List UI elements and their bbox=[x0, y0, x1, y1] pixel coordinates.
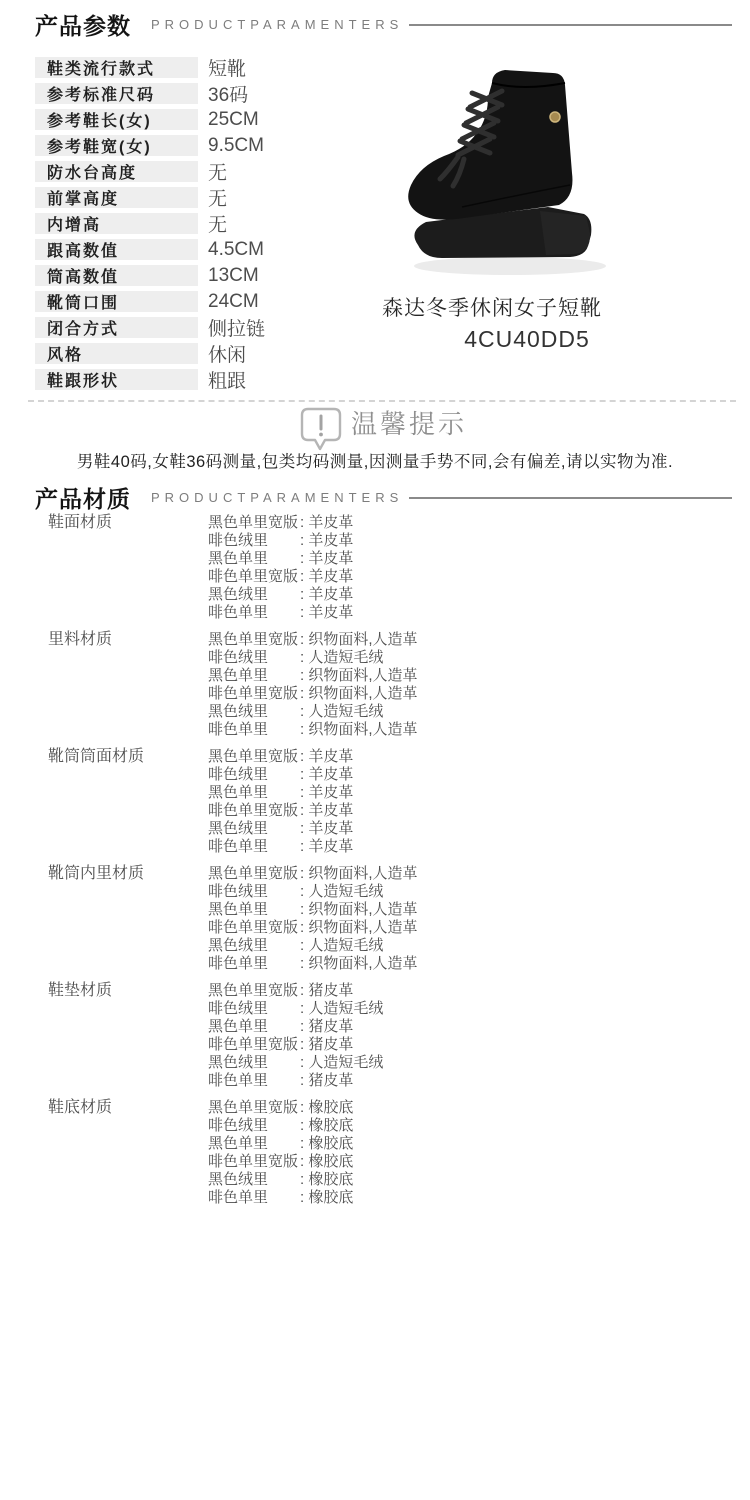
material-value: : 橡胶底 bbox=[300, 1117, 353, 1135]
material-value: : 猪皮革 bbox=[300, 1036, 353, 1054]
material-key: 啡色单里宽版 bbox=[208, 802, 300, 820]
material-value: : 橡胶底 bbox=[300, 1153, 353, 1171]
table-row: 防水台高度无 bbox=[35, 161, 375, 182]
material-value: : 人造短毛绒 bbox=[300, 937, 383, 955]
material-value: : 羊皮革 bbox=[300, 586, 353, 604]
material-key: 啡色绒里 bbox=[208, 883, 300, 901]
row-value: 36码 bbox=[208, 80, 248, 107]
material-value: : 织物面料,人造革 bbox=[300, 865, 418, 883]
material-value: : 橡胶底 bbox=[300, 1099, 353, 1117]
material-line: 啡色绒里: 羊皮革 bbox=[208, 766, 353, 784]
table-row: 参考鞋长(女)25CM bbox=[35, 109, 375, 130]
material-group: 靴筒内里材质黑色单里宽版: 织物面料,人造革啡色绒里: 人造短毛绒黑色单里: 织… bbox=[48, 865, 418, 973]
row-label: 筒高数值 bbox=[35, 265, 198, 286]
material-value: : 橡胶底 bbox=[300, 1135, 353, 1153]
material-value: : 猪皮革 bbox=[300, 1018, 353, 1036]
material-group: 鞋面材质黑色单里宽版: 羊皮革啡色绒里: 羊皮革黑色单里: 羊皮革啡色单里宽版:… bbox=[48, 514, 418, 622]
material-lines: 黑色单里宽版: 织物面料,人造革啡色绒里: 人造短毛绒黑色单里: 织物面料,人造… bbox=[208, 631, 418, 739]
material-lines: 黑色单里宽版: 织物面料,人造革啡色绒里: 人造短毛绒黑色单里: 织物面料,人造… bbox=[208, 865, 418, 973]
material-value: : 橡胶底 bbox=[300, 1189, 353, 1207]
material-group-label: 鞋垫材质 bbox=[48, 982, 208, 1090]
material-key: 黑色单里 bbox=[208, 667, 300, 685]
material-value: : 羊皮革 bbox=[300, 568, 353, 586]
material-line: 黑色绒里: 橡胶底 bbox=[208, 1171, 353, 1189]
material-line: 啡色绒里: 人造短毛绒 bbox=[208, 1000, 383, 1018]
material-group-label: 靴筒内里材质 bbox=[48, 865, 208, 973]
table-row: 内增高无 bbox=[35, 213, 375, 234]
material-value: : 人造短毛绒 bbox=[300, 703, 383, 721]
material-key: 啡色单里 bbox=[208, 1189, 300, 1207]
material-value: : 织物面料,人造革 bbox=[300, 955, 418, 973]
material-value: : 猪皮革 bbox=[300, 1072, 353, 1090]
material-value: : 人造短毛绒 bbox=[300, 649, 383, 667]
material-line: 黑色单里: 织物面料,人造革 bbox=[208, 667, 418, 685]
material-lines: 黑色单里宽版: 橡胶底啡色绒里: 橡胶底黑色单里: 橡胶底啡色单里宽版: 橡胶底… bbox=[208, 1099, 353, 1207]
material-key: 黑色绒里 bbox=[208, 1171, 300, 1189]
table-row: 跟高数值4.5CM bbox=[35, 239, 375, 260]
material-key: 黑色单里 bbox=[208, 550, 300, 568]
material-group: 鞋垫材质黑色单里宽版: 猪皮革啡色绒里: 人造短毛绒黑色单里: 猪皮革啡色单里宽… bbox=[48, 982, 418, 1090]
row-label: 参考标准尺码 bbox=[35, 83, 198, 104]
table-row: 参考鞋宽(女)9.5CM bbox=[35, 135, 375, 156]
material-key: 黑色绒里 bbox=[208, 703, 300, 721]
material-value: : 织物面料,人造革 bbox=[300, 901, 418, 919]
material-value: : 织物面料,人造革 bbox=[300, 667, 418, 685]
material-value: : 羊皮革 bbox=[300, 550, 353, 568]
row-value: 无 bbox=[208, 210, 227, 237]
material-line: 黑色单里: 羊皮革 bbox=[208, 550, 353, 568]
material-line: 黑色单里宽版: 橡胶底 bbox=[208, 1099, 353, 1117]
material-line: 黑色单里: 猪皮革 bbox=[208, 1018, 383, 1036]
material-line: 黑色绒里: 人造短毛绒 bbox=[208, 703, 418, 721]
row-value: 4.5CM bbox=[208, 239, 264, 261]
material-value: : 织物面料,人造革 bbox=[300, 685, 418, 703]
table-row: 靴筒口围24CM bbox=[35, 291, 375, 312]
material-line: 啡色绒里: 羊皮革 bbox=[208, 532, 353, 550]
row-value: 13CM bbox=[208, 265, 259, 287]
material-key: 啡色单里宽版 bbox=[208, 568, 300, 586]
material-line: 黑色绒里: 人造短毛绒 bbox=[208, 937, 418, 955]
material-value: : 羊皮革 bbox=[300, 514, 353, 532]
material-key: 黑色单里宽版 bbox=[208, 631, 300, 649]
material-key: 啡色绒里 bbox=[208, 766, 300, 784]
material-value: : 人造短毛绒 bbox=[300, 883, 383, 901]
material-value: : 羊皮革 bbox=[300, 604, 353, 622]
material-value: : 羊皮革 bbox=[300, 748, 353, 766]
row-label: 闭合方式 bbox=[35, 317, 198, 338]
row-label: 跟高数值 bbox=[35, 239, 198, 260]
material-key: 啡色单里 bbox=[208, 838, 300, 856]
material-key: 啡色单里宽版 bbox=[208, 1153, 300, 1171]
material-line: 黑色绒里: 人造短毛绒 bbox=[208, 1054, 383, 1072]
material-key: 啡色绒里 bbox=[208, 532, 300, 550]
material-value: : 人造短毛绒 bbox=[300, 1000, 383, 1018]
product-name: 森达冬季休闲女子短靴 bbox=[377, 292, 607, 322]
material-group: 靴筒筒面材质黑色单里宽版: 羊皮革啡色绒里: 羊皮革黑色单里: 羊皮革啡色单里宽… bbox=[48, 748, 418, 856]
material-line: 啡色单里: 羊皮革 bbox=[208, 838, 353, 856]
materials-section-subtitle: PRODUCTPARAMENTERS bbox=[151, 490, 403, 505]
row-label: 靴筒口围 bbox=[35, 291, 198, 312]
row-label: 风格 bbox=[35, 343, 198, 364]
material-key: 黑色单里 bbox=[208, 1018, 300, 1036]
material-line: 啡色单里: 猪皮革 bbox=[208, 1072, 383, 1090]
material-line: 啡色绒里: 人造短毛绒 bbox=[208, 883, 418, 901]
table-row: 鞋跟形状粗跟 bbox=[35, 369, 375, 390]
material-key: 黑色单里 bbox=[208, 1135, 300, 1153]
material-key: 黑色单里宽版 bbox=[208, 514, 300, 532]
params-section-subtitle: PRODUCTPARAMENTERS bbox=[151, 17, 403, 32]
material-key: 啡色单里宽版 bbox=[208, 919, 300, 937]
material-group: 里料材质黑色单里宽版: 织物面料,人造革啡色绒里: 人造短毛绒黑色单里: 织物面… bbox=[48, 631, 418, 739]
material-key: 啡色单里 bbox=[208, 721, 300, 739]
material-line: 啡色单里宽版: 织物面料,人造革 bbox=[208, 685, 418, 703]
row-label: 参考鞋长(女) bbox=[35, 109, 198, 130]
material-line: 黑色单里: 羊皮革 bbox=[208, 784, 353, 802]
row-label: 前掌高度 bbox=[35, 187, 198, 208]
material-line: 啡色单里: 织物面料,人造革 bbox=[208, 955, 418, 973]
boot-stud bbox=[550, 112, 560, 122]
material-key: 黑色单里宽版 bbox=[208, 865, 300, 883]
params-section-title: 产品参数 bbox=[35, 8, 131, 41]
material-key: 黑色单里宽版 bbox=[208, 1099, 300, 1117]
row-value: 休闲 bbox=[208, 340, 246, 367]
material-group-label: 鞋底材质 bbox=[48, 1099, 208, 1207]
material-value: : 羊皮革 bbox=[300, 802, 353, 820]
material-line: 黑色单里宽版: 羊皮革 bbox=[208, 748, 353, 766]
material-value: : 橡胶底 bbox=[300, 1171, 353, 1189]
table-row: 参考标准尺码36码 bbox=[35, 83, 375, 104]
params-section-header: 产品参数 PRODUCTPARAMENTERS bbox=[35, 8, 732, 41]
row-value: 侧拉链 bbox=[208, 314, 265, 341]
material-line: 啡色单里宽版: 羊皮革 bbox=[208, 802, 353, 820]
dashed-divider bbox=[28, 400, 736, 402]
material-line: 啡色单里宽版: 猪皮革 bbox=[208, 1036, 383, 1054]
material-group-label: 靴筒筒面材质 bbox=[48, 748, 208, 856]
material-value: : 猪皮革 bbox=[300, 982, 353, 1000]
material-value: : 织物面料,人造革 bbox=[300, 919, 418, 937]
row-label: 鞋类流行款式 bbox=[35, 57, 198, 78]
material-line: 啡色单里宽版: 羊皮革 bbox=[208, 568, 353, 586]
material-key: 黑色单里 bbox=[208, 901, 300, 919]
material-line: 黑色单里宽版: 织物面料,人造革 bbox=[208, 865, 418, 883]
material-lines: 黑色单里宽版: 猪皮革啡色绒里: 人造短毛绒黑色单里: 猪皮革啡色单里宽版: 猪… bbox=[208, 982, 383, 1090]
material-line: 黑色单里: 橡胶底 bbox=[208, 1135, 353, 1153]
notice-title: 温馨提示 bbox=[351, 404, 467, 441]
material-value: : 织物面料,人造革 bbox=[300, 631, 418, 649]
material-lines: 黑色单里宽版: 羊皮革啡色绒里: 羊皮革黑色单里: 羊皮革啡色单里宽版: 羊皮革… bbox=[208, 748, 353, 856]
header-rule bbox=[409, 497, 732, 499]
material-line: 黑色单里: 织物面料,人造革 bbox=[208, 901, 418, 919]
material-key: 啡色单里宽版 bbox=[208, 685, 300, 703]
material-key: 黑色单里宽版 bbox=[208, 748, 300, 766]
materials-list: 鞋面材质黑色单里宽版: 羊皮革啡色绒里: 羊皮革黑色单里: 羊皮革啡色单里宽版:… bbox=[48, 514, 418, 1216]
row-value: 无 bbox=[208, 158, 227, 185]
exclamation-bubble-icon bbox=[299, 406, 343, 452]
material-group-label: 鞋面材质 bbox=[48, 514, 208, 622]
row-label: 参考鞋宽(女) bbox=[35, 135, 198, 156]
material-key: 啡色绒里 bbox=[208, 1000, 300, 1018]
row-value: 24CM bbox=[208, 291, 259, 313]
material-line: 啡色单里宽版: 橡胶底 bbox=[208, 1153, 353, 1171]
notice-text: 男鞋40码,女鞋36码测量,包类均码测量,因测量手势不同,会有偏差,请以实物为准… bbox=[0, 448, 750, 472]
material-key: 啡色单里 bbox=[208, 1072, 300, 1090]
material-key: 黑色绒里 bbox=[208, 820, 300, 838]
material-key: 黑色单里 bbox=[208, 784, 300, 802]
row-value: 粗跟 bbox=[208, 366, 246, 393]
material-line: 啡色单里宽版: 织物面料,人造革 bbox=[208, 919, 418, 937]
material-key: 黑色绒里 bbox=[208, 937, 300, 955]
header-rule bbox=[409, 24, 732, 26]
material-value: : 人造短毛绒 bbox=[300, 1054, 383, 1072]
material-line: 黑色单里宽版: 织物面料,人造革 bbox=[208, 631, 418, 649]
row-value: 25CM bbox=[208, 109, 259, 131]
material-key: 黑色绒里 bbox=[208, 1054, 300, 1072]
ankle-boot-illustration bbox=[398, 55, 648, 290]
row-value: 9.5CM bbox=[208, 135, 264, 157]
material-value: : 羊皮革 bbox=[300, 820, 353, 838]
material-group-label: 里料材质 bbox=[48, 631, 208, 739]
material-key: 啡色单里宽版 bbox=[208, 1036, 300, 1054]
material-line: 啡色绒里: 橡胶底 bbox=[208, 1117, 353, 1135]
table-row: 鞋类流行款式短靴 bbox=[35, 57, 375, 78]
material-lines: 黑色单里宽版: 羊皮革啡色绒里: 羊皮革黑色单里: 羊皮革啡色单里宽版: 羊皮革… bbox=[208, 514, 353, 622]
material-line: 黑色绒里: 羊皮革 bbox=[208, 820, 353, 838]
material-key: 啡色绒里 bbox=[208, 649, 300, 667]
material-value: : 羊皮革 bbox=[300, 532, 353, 550]
row-label: 防水台高度 bbox=[35, 161, 198, 182]
params-table: 鞋类流行款式短靴参考标准尺码36码参考鞋长(女)25CM参考鞋宽(女)9.5CM… bbox=[35, 57, 375, 395]
row-label: 鞋跟形状 bbox=[35, 369, 198, 390]
material-key: 黑色绒里 bbox=[208, 586, 300, 604]
material-line: 啡色绒里: 人造短毛绒 bbox=[208, 649, 418, 667]
material-value: : 羊皮革 bbox=[300, 766, 353, 784]
material-value: : 羊皮革 bbox=[300, 838, 353, 856]
product-code: 4CU40DD5 bbox=[412, 326, 642, 353]
material-key: 啡色单里 bbox=[208, 604, 300, 622]
materials-section-title: 产品材质 bbox=[35, 481, 131, 514]
material-line: 黑色绒里: 羊皮革 bbox=[208, 586, 353, 604]
material-line: 啡色单里: 橡胶底 bbox=[208, 1189, 353, 1207]
table-row: 筒高数值13CM bbox=[35, 265, 375, 286]
material-key: 啡色单里 bbox=[208, 955, 300, 973]
product-image bbox=[398, 55, 648, 290]
materials-section-header: 产品材质 PRODUCTPARAMENTERS bbox=[35, 481, 732, 514]
material-value: : 羊皮革 bbox=[300, 784, 353, 802]
table-row: 前掌高度无 bbox=[35, 187, 375, 208]
material-line: 黑色单里宽版: 猪皮革 bbox=[208, 982, 383, 1000]
row-label: 内增高 bbox=[35, 213, 198, 234]
material-key: 黑色单里宽版 bbox=[208, 982, 300, 1000]
row-value: 无 bbox=[208, 184, 227, 211]
material-line: 啡色单里: 织物面料,人造革 bbox=[208, 721, 418, 739]
material-group: 鞋底材质黑色单里宽版: 橡胶底啡色绒里: 橡胶底黑色单里: 橡胶底啡色单里宽版:… bbox=[48, 1099, 418, 1207]
table-row: 风格休闲 bbox=[35, 343, 375, 364]
material-line: 啡色单里: 羊皮革 bbox=[208, 604, 353, 622]
row-value: 短靴 bbox=[208, 54, 246, 81]
material-value: : 织物面料,人造革 bbox=[300, 721, 418, 739]
material-key: 啡色绒里 bbox=[208, 1117, 300, 1135]
table-row: 闭合方式侧拉链 bbox=[35, 317, 375, 338]
material-line: 黑色单里宽版: 羊皮革 bbox=[208, 514, 353, 532]
